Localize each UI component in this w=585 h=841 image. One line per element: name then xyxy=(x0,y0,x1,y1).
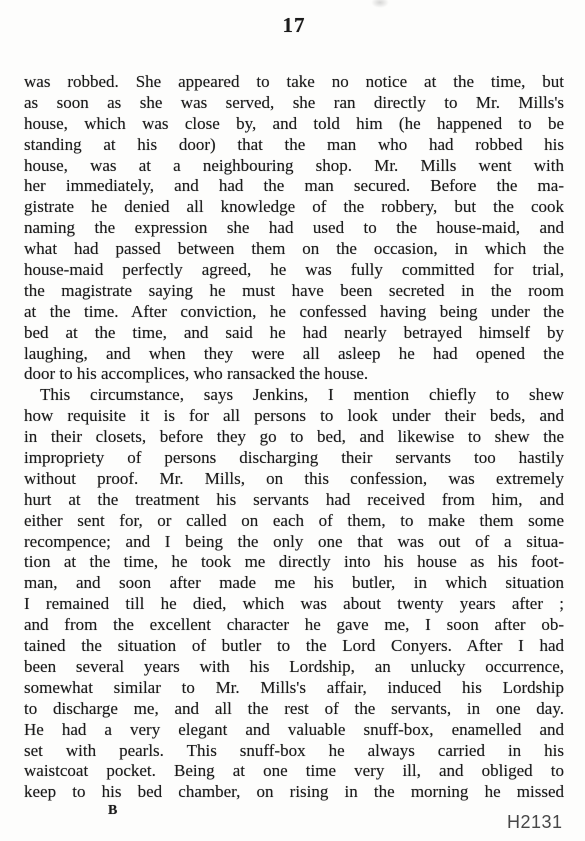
text-line: set with pearls. This snuff-box he alway… xyxy=(24,741,564,762)
text-line: what had passed between them on the occa… xyxy=(24,239,564,260)
text-line: without proof. Mr. Mills, on this confes… xyxy=(24,469,564,490)
text-line: somewhat similar to Mr. Mills's affair, … xyxy=(24,678,564,699)
text-line: impropriety of persons discharging their… xyxy=(24,448,564,469)
text-line: house, which was close by, and told him … xyxy=(24,114,564,135)
text-line: to discharge me, and all the rest of the… xyxy=(24,699,564,720)
text-line: door to his accomplices, who ransacked t… xyxy=(24,364,564,385)
text-line: house, was at a neighbouring shop. Mr. M… xyxy=(24,156,564,177)
text-line: either sent for, or called on each of th… xyxy=(24,511,564,532)
text-line: the magistrate saying he must have been … xyxy=(24,281,564,302)
text-line: laughing, and when they were all asleep … xyxy=(24,344,564,365)
text-line: tion at the time, he took me directly in… xyxy=(24,552,564,573)
text-line: I remained till he died, which was about… xyxy=(24,594,564,615)
text-line: how requisite it is for all persons to l… xyxy=(24,406,564,427)
book-page: 17 was robbed. She appeared to take no n… xyxy=(0,0,585,841)
text-line: and from the excellent character he gave… xyxy=(24,615,564,636)
scan-smudge xyxy=(371,0,389,8)
text-line: been several years with his Lordship, an… xyxy=(24,657,564,678)
text-line: naming the expression she had used to th… xyxy=(24,218,564,239)
text-line: gistrate he denied all knowledge of the … xyxy=(24,197,564,218)
page-number: 17 xyxy=(24,13,564,38)
paragraph-2: This circumstance, says Jenkins, I menti… xyxy=(24,385,564,803)
text-line: He had a very elegant and valuable snuff… xyxy=(24,720,564,741)
text-line: in their closets, before they go to bed,… xyxy=(24,427,564,448)
text-line: man, and soon after made me his butler, … xyxy=(24,573,564,594)
text-line: was robbed. She appeared to take no noti… xyxy=(24,72,564,93)
text-line: waistcoat pocket. Being at one time very… xyxy=(24,761,564,782)
text-line: This circumstance, says Jenkins, I menti… xyxy=(24,385,564,406)
text-line: recompence; and I being the only one tha… xyxy=(24,532,564,553)
text-block: was robbed. She appeared to take no noti… xyxy=(24,72,564,803)
catalog-stamp: H2131 xyxy=(507,812,563,833)
text-line: at the time. After conviction, he confes… xyxy=(24,302,564,323)
paragraph-1: was robbed. She appeared to take no noti… xyxy=(24,72,564,385)
text-line: house-maid perfectly agreed, he was full… xyxy=(24,260,564,281)
text-line: hurt at the treatment his servants had r… xyxy=(24,490,564,511)
text-line: her immediately, and had the man secured… xyxy=(24,176,564,197)
text-line: tained the situation of butler to the Lo… xyxy=(24,636,564,657)
text-line: standing at his door) that the man who h… xyxy=(24,135,564,156)
signature-mark: B xyxy=(108,803,118,819)
text-line: as soon as she was served, she ran direc… xyxy=(24,93,564,114)
text-line: bed at the time, and said he had nearly … xyxy=(24,323,564,344)
text-line: keep to his bed chamber, on rising in th… xyxy=(24,782,564,803)
